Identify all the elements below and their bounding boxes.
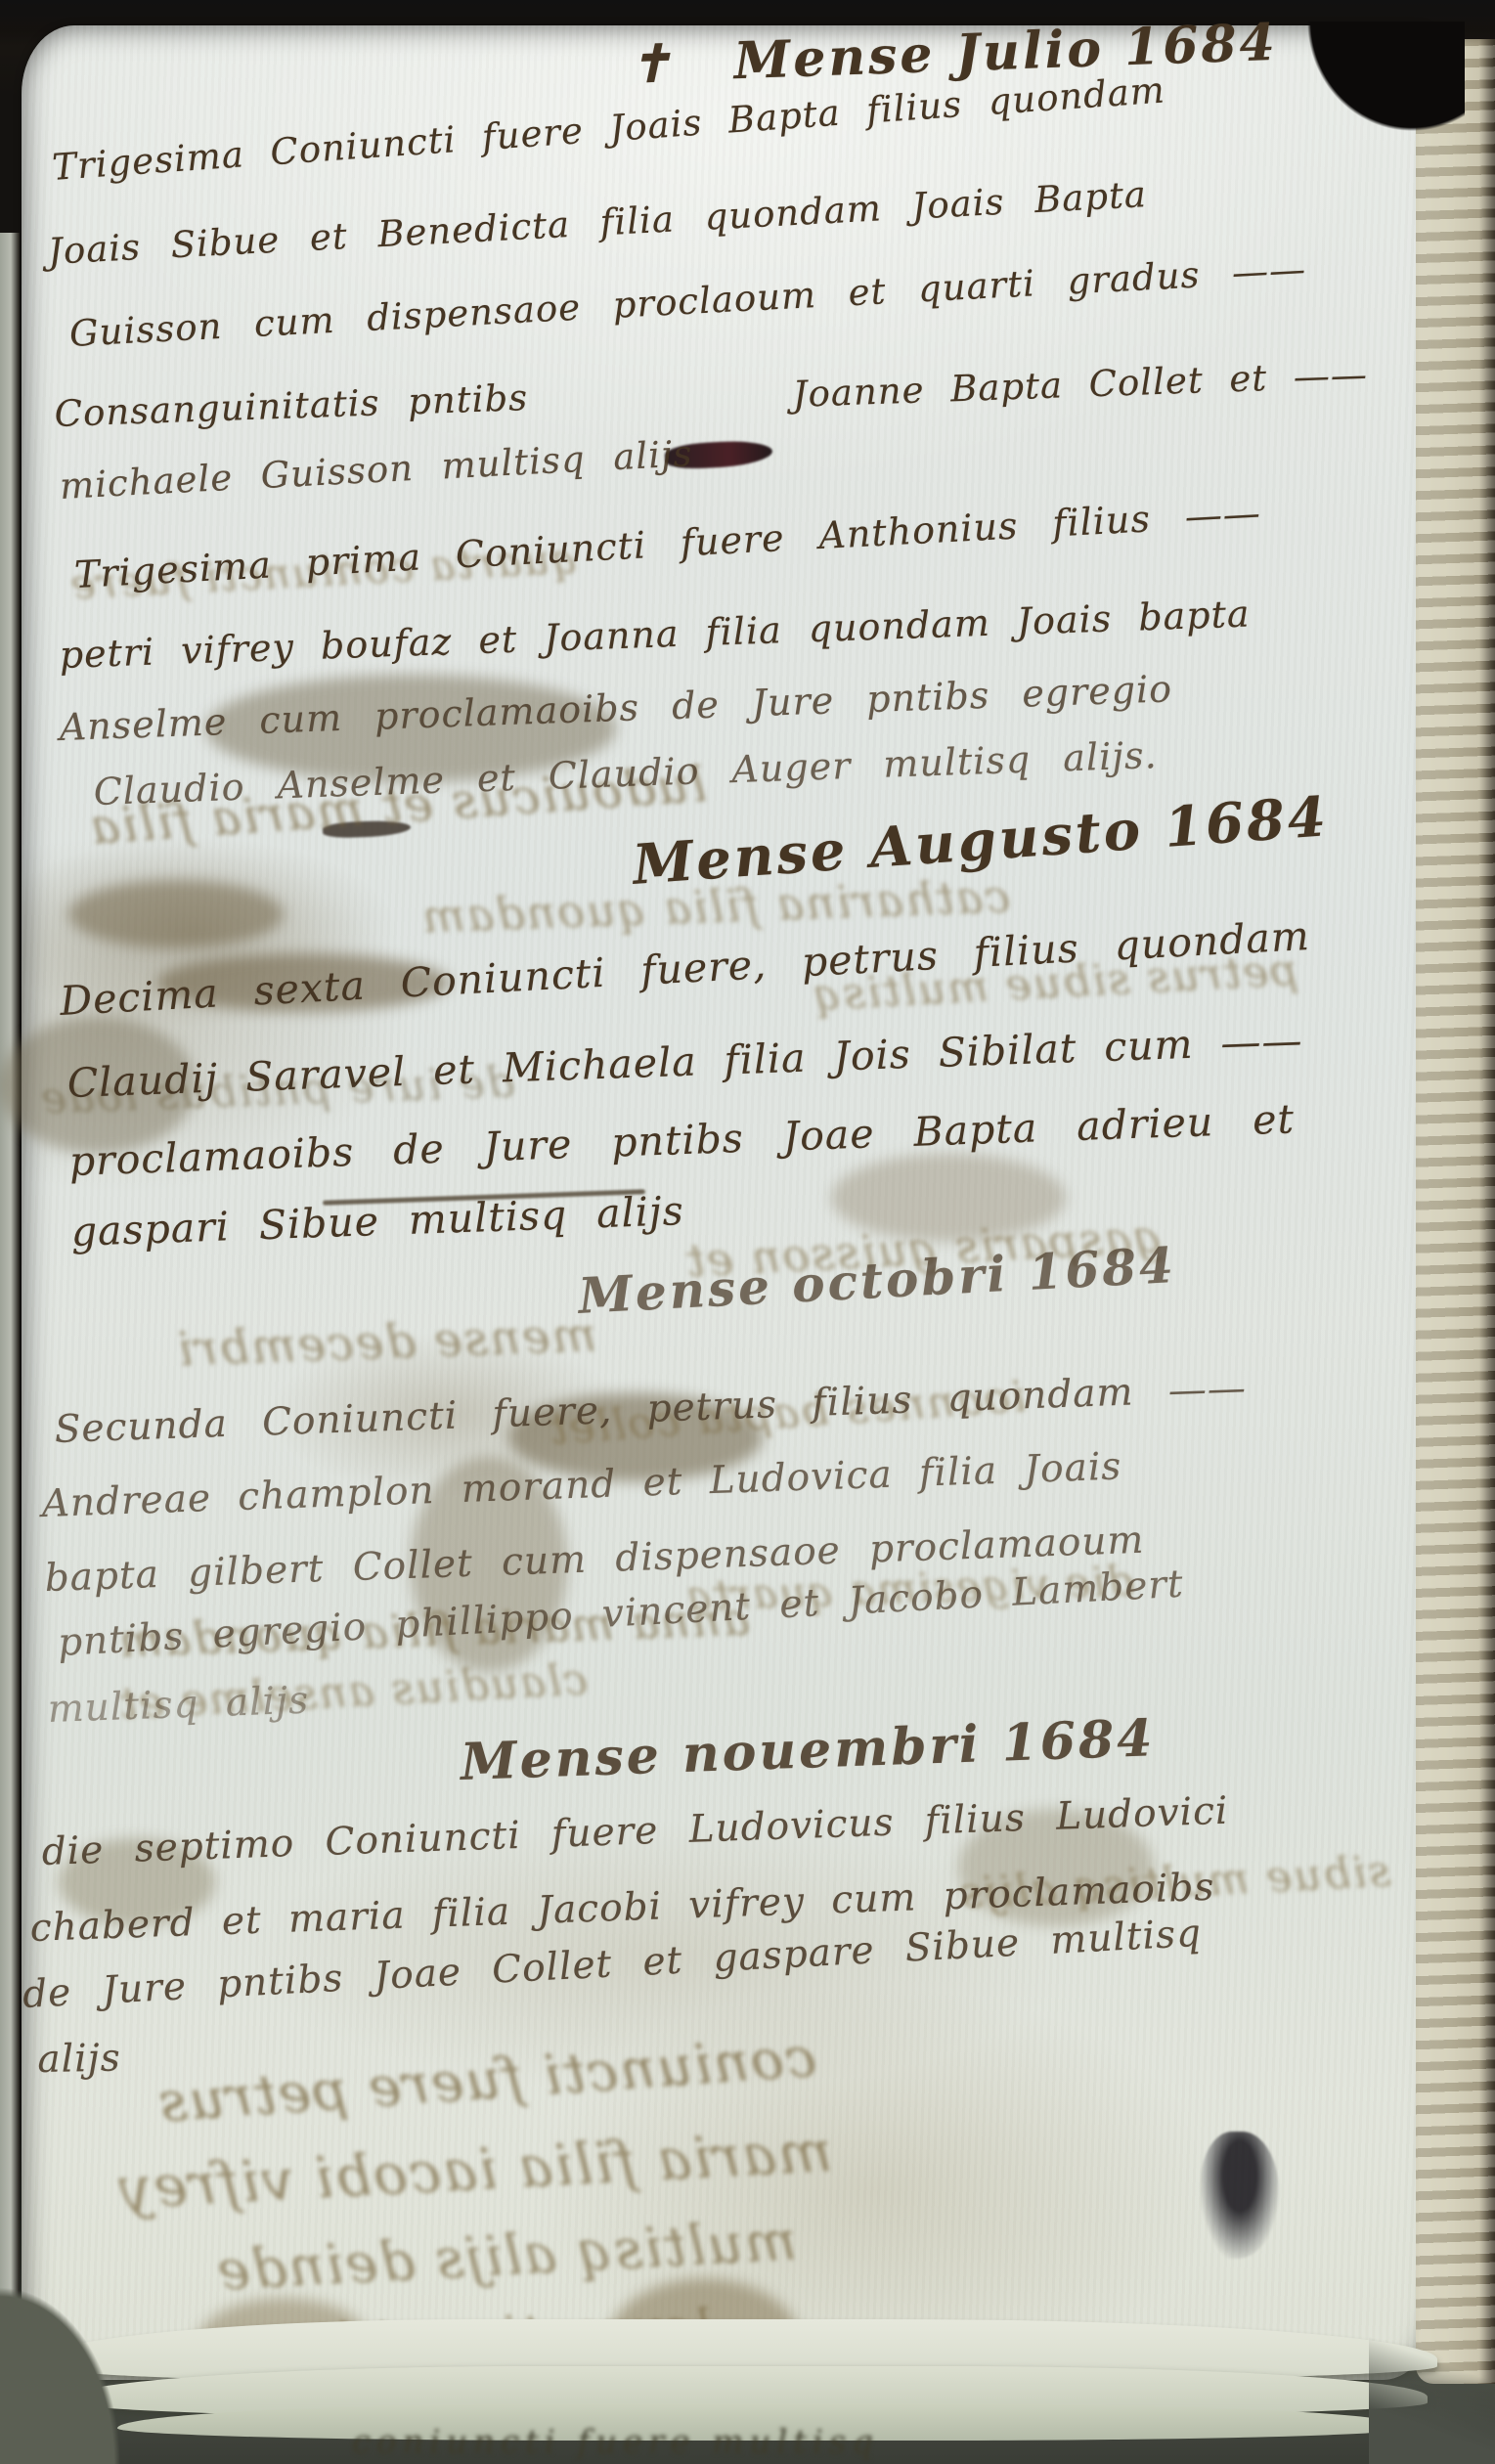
torn-corner-notch xyxy=(1289,22,1465,151)
adjacent-page-sliver xyxy=(0,233,20,2464)
cross-mark: ✝ xyxy=(628,33,676,95)
fore-edge-rough-strip xyxy=(1416,39,1495,2384)
bottom-right-shadow xyxy=(1369,2327,1495,2464)
record-line: multisq alijs xyxy=(47,1679,310,1732)
bottom-left-shadow xyxy=(0,2249,147,2464)
stain-blob xyxy=(68,880,284,948)
under-leaf-writing-fragment: coniuncti fuere multisq xyxy=(352,2423,1154,2462)
record-line: alijs xyxy=(37,2037,121,2082)
manuscript-photo: quarta coniuncti fuere ludouicus et mari… xyxy=(0,0,1495,2464)
